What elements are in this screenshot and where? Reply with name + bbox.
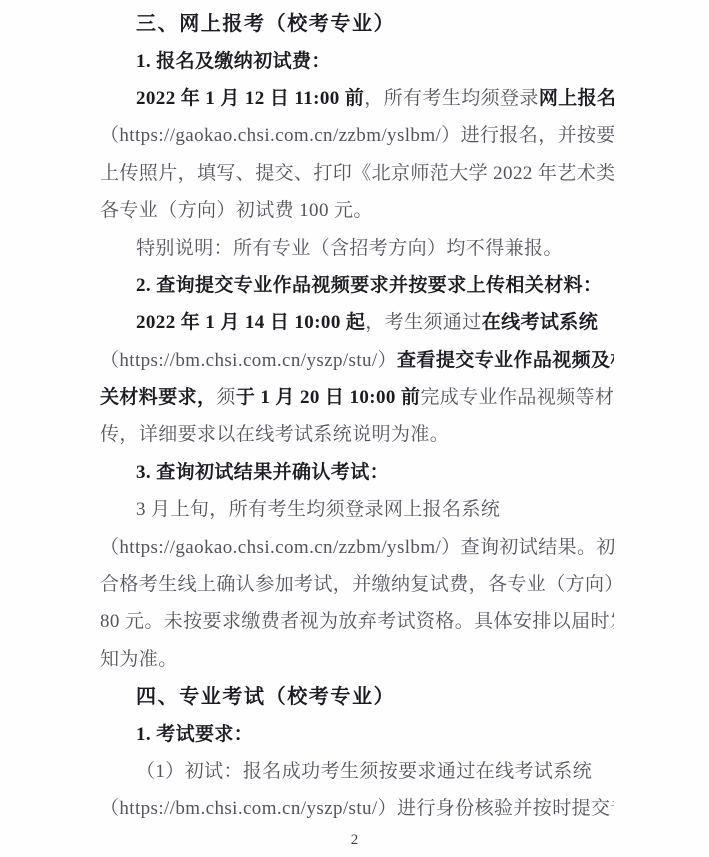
section-heading-line: 三、网上报考（校考专业） bbox=[100, 3, 614, 40]
bold-text-run: 2. 查询提交专业作品视频要求并按要求上传相关材料： bbox=[136, 270, 602, 297]
text-run: 知为准。 bbox=[100, 644, 178, 671]
text-run: 传，详细要求以在线考试系统说明为准。 bbox=[100, 419, 449, 446]
text-run: 完成专业作品视频等材料并上 bbox=[420, 382, 614, 409]
bold-text-run: 三、网上报考（校考专业） bbox=[136, 7, 395, 36]
paragraph-line: （1）初试：报名成功考生须按要求通过在线考试系统 bbox=[100, 751, 614, 788]
bold-text-run: 查看提交专业作品视频及相 bbox=[397, 345, 614, 372]
text-run: （1）初试：报名成功考生须按要求通过在线考试系统 bbox=[136, 756, 592, 783]
paragraph-line: 2. 查询提交专业作品视频要求并按要求上传相关材料： bbox=[100, 265, 614, 302]
text-run: （https://gaokao.chsi.com.cn/zzbm/yslbm/）… bbox=[100, 532, 614, 559]
paragraph-line: 各专业（方向）初试费 100 元。 bbox=[100, 190, 614, 227]
text-run: （https://bm.chsi.com.cn/yszp/stu/） bbox=[100, 345, 397, 372]
paragraph-line: 1. 报名及缴纳初试费： bbox=[100, 40, 614, 77]
paragraph-line: 1. 考试要求： bbox=[100, 713, 614, 750]
paragraph-line: （https://gaokao.chsi.com.cn/zzbm/yslbm/）… bbox=[100, 526, 614, 563]
text-run: 3 月上旬，所有考生均须登录网上报名系统 bbox=[136, 494, 500, 521]
text-run: 80 元。未按要求缴费者视为放弃考试资格。具体安排以届时发布通 bbox=[100, 606, 614, 633]
bold-text-run: 于 1 月 20 日 10:00 前 bbox=[236, 382, 421, 409]
paragraph-line: （https://bm.chsi.com.cn/yszp/stu/）查看提交专业… bbox=[100, 340, 614, 377]
bold-text-run: 2022 年 1 月 12 日 11:00 前 bbox=[136, 83, 364, 110]
paragraph-line: 特别说明：所有专业（含招考方向）均不得兼报。 bbox=[100, 227, 614, 264]
text-run: 合格考生线上确认参加考试，并缴纳复试费，各专业（方向）复试费 bbox=[100, 569, 614, 596]
bold-text-run: 网上报名系统 bbox=[539, 83, 614, 110]
text-run: （https://gaokao.chsi.com.cn/zzbm/yslbm/）… bbox=[100, 120, 614, 147]
text-run: 特别说明：所有专业（含招考方向）均不得兼报。 bbox=[136, 233, 563, 260]
paragraph-line: 知为准。 bbox=[100, 639, 614, 676]
bold-text-run: 在线考试系统 bbox=[482, 307, 598, 334]
text-run: ，考生须通过 bbox=[365, 307, 481, 334]
paragraph-line: 关材料要求，须于 1 月 20 日 10:00 前完成专业作品视频等材料并上 bbox=[100, 377, 614, 414]
paragraph-line: 上传照片，填写、提交、打印《北京师范大学 2022 年艺术类申请表》。 bbox=[100, 153, 614, 190]
bold-text-run: 四、专业考试（校考专业） bbox=[136, 680, 395, 709]
bold-text-run: 1. 考试要求： bbox=[136, 719, 253, 746]
paragraph-line: 传，详细要求以在线考试系统说明为准。 bbox=[100, 414, 614, 451]
text-run: 各专业（方向）初试费 100 元。 bbox=[100, 195, 373, 222]
section-heading-line: 四、专业考试（校考专业） bbox=[100, 676, 614, 713]
bold-text-run: 1. 报名及缴纳初试费： bbox=[136, 46, 331, 73]
paragraph-line: （https://gaokao.chsi.com.cn/zzbm/yslbm/）… bbox=[100, 115, 614, 152]
paragraph-line: 3 月上旬，所有考生均须登录网上报名系统 bbox=[100, 489, 614, 526]
bold-text-run: 2022 年 1 月 14 日 10:00 起 bbox=[136, 307, 365, 334]
paragraph-line: 3. 查询初试结果并确认考试： bbox=[100, 452, 614, 489]
text-run: 须 bbox=[216, 382, 235, 409]
bold-text-run: 3. 查询初试结果并确认考试： bbox=[136, 457, 389, 484]
paragraph-line: 80 元。未按要求缴费者视为放弃考试资格。具体安排以届时发布通 bbox=[100, 601, 614, 638]
paragraph-line: 2022 年 1 月 14 日 10:00 起，考生须通过在线考试系统 bbox=[100, 302, 614, 339]
text-run: ，所有考生均须登录 bbox=[364, 83, 539, 110]
paragraph-line: 合格考生线上确认参加考试，并缴纳复试费，各专业（方向）复试费 bbox=[100, 564, 614, 601]
document-body: 三、网上报考（校考专业）1. 报名及缴纳初试费：2022 年 1 月 12 日 … bbox=[100, 3, 614, 826]
document-page: 三、网上报考（校考专业）1. 报名及缴纳初试费：2022 年 1 月 12 日 … bbox=[0, 0, 709, 857]
bold-text-run: 关材料要求， bbox=[100, 382, 216, 409]
paragraph-line: （https://bm.chsi.com.cn/yszp/stu/）进行身份核验… bbox=[100, 788, 614, 825]
page-number: 2 bbox=[0, 832, 709, 849]
text-run: 上传照片，填写、提交、打印《北京师范大学 2022 年艺术类申请表》。 bbox=[100, 158, 614, 185]
paragraph-line: 2022 年 1 月 12 日 11:00 前，所有考生均须登录网上报名系统 bbox=[100, 78, 614, 115]
text-run: （https://bm.chsi.com.cn/yszp/stu/）进行身份核验… bbox=[100, 793, 614, 820]
